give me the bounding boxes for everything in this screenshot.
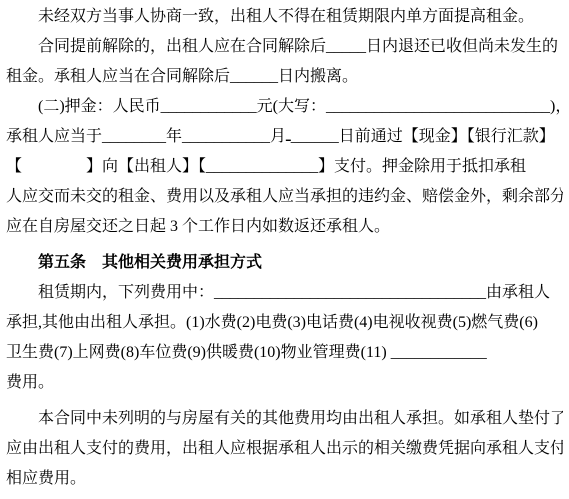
contract-text-line: 承担,其他由出租人承担。(1)水费(2)电费(3)电话费(4)电视收视费(5)燃… (6, 308, 563, 338)
contract-text-line: 费用。 (6, 368, 563, 398)
contract-text-line: 本合同中未列明的与房屋有关的其他费用均由出租人承担。如承租人垫付了 (6, 404, 563, 434)
contract-text-block: 未经双方当事人协商一致，出租人不得在租赁期限内单方面提高租金。合同提前解除的，出… (6, 2, 563, 494)
contract-text-line: 应由出租人支付的费用，出租人应根据承租人出示的相关缴费凭据向承租人支付 (6, 434, 563, 464)
contract-heading-line: 第五条 其他相关费用承担方式 (6, 248, 563, 278)
contract-text-line: 承租人应当于________年___________月ـ______日前通过【现… (6, 122, 563, 152)
contract-text-line: 相应费用。 (6, 464, 563, 494)
contract-text-line: 未经双方当事人协商一致，出租人不得在租赁期限内单方面提高租金。 (6, 2, 563, 32)
contract-text-line: 人应交而未交的租金、费用以及承租人应当承担的违约金、赔偿金外，剩余部分 (6, 182, 563, 212)
contract-text-line: 合同提前解除的，出租人应在合同解除后_____日内退还已收但尚未发生的 (6, 32, 563, 62)
contract-page: 未经双方当事人协商一致，出租人不得在租赁期限内单方面提高租金。合同提前解除的，出… (0, 0, 569, 499)
contract-text-line: (二)押金：人民币____________元(大写：______________… (6, 92, 563, 122)
contract-text-line: 租赁期内，下列费用中：_____________________________… (6, 278, 563, 308)
contract-text-line: 租金。承租人应当在合同解除后______日内搬离。 (6, 62, 563, 92)
contract-text-line: 应在自房屋交还之日起 3 个工作日内如数返还承租人。 (6, 212, 563, 242)
contract-text-line: 卫生费(7)上网费(8)车位费(9)供暖费(10)物业管理费(11) _____… (6, 338, 563, 368)
contract-text-line: 【 】向【出租人】【______________】支付。押金除用于抵扣承租 (6, 152, 563, 182)
